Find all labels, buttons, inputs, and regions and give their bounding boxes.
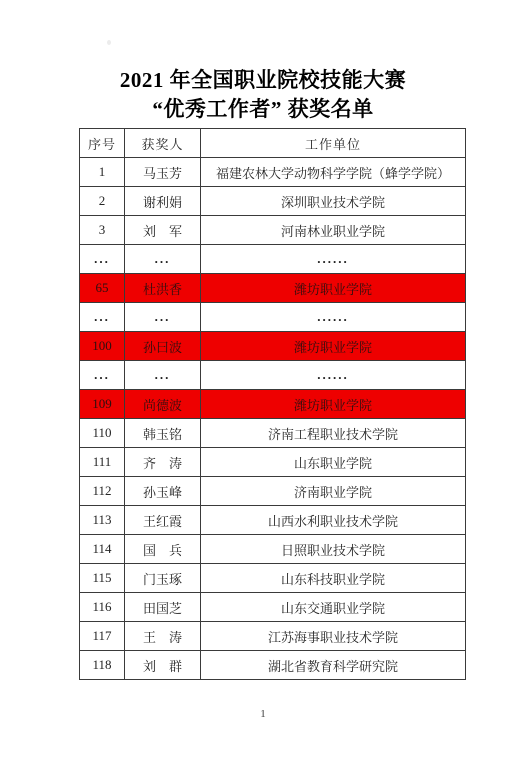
cell-winner-name: 孙曰波 — [125, 332, 201, 361]
cell-serial-number: 118 — [80, 651, 125, 680]
title-line-1: 2021 年全国职业院校技能大赛 — [0, 66, 526, 95]
table-row: 2谢利娟深圳职业技术学院 — [80, 187, 466, 216]
cell-winner-name: 国 兵 — [125, 535, 201, 564]
cell-work-unit: 山西水利职业技术学院 — [201, 506, 466, 535]
cell-winner-name: 孙玉峰 — [125, 477, 201, 506]
table-row: 117王 涛江苏海事职业技术学院 — [80, 622, 466, 651]
cell-winner-name: 王 涛 — [125, 622, 201, 651]
table-row: ............ — [80, 303, 466, 332]
cell-winner-name: 谢利娟 — [125, 187, 201, 216]
cell-work-unit: 潍坊职业学院 — [201, 274, 466, 303]
table-row: 110韩玉铭济南工程职业技术学院 — [80, 419, 466, 448]
cell-work-unit: ...... — [201, 361, 466, 390]
cell-winner-name: 门玉琢 — [125, 564, 201, 593]
cell-work-unit: 济南工程职业技术学院 — [201, 419, 466, 448]
table-row: 116田国芝山东交通职业学院 — [80, 593, 466, 622]
cell-serial-number: ... — [80, 361, 125, 390]
page-number: 1 — [0, 708, 526, 720]
header-serial-number: 序号 — [80, 129, 125, 158]
table-row: 111齐 涛山东职业学院 — [80, 448, 466, 477]
cell-work-unit: ...... — [201, 303, 466, 332]
cell-winner-name: ... — [125, 361, 201, 390]
cell-work-unit: 潍坊职业学院 — [201, 390, 466, 419]
table-row: 114国 兵日照职业技术学院 — [80, 535, 466, 564]
cell-serial-number: 65 — [80, 274, 125, 303]
cell-winner-name: 尚德波 — [125, 390, 201, 419]
cell-serial-number: 116 — [80, 593, 125, 622]
cell-work-unit: 山东职业学院 — [201, 448, 466, 477]
cell-winner-name: 田国芝 — [125, 593, 201, 622]
table-row: 65杜洪香潍坊职业学院 — [80, 274, 466, 303]
cell-serial-number: 109 — [80, 390, 125, 419]
cell-winner-name: 刘 军 — [125, 216, 201, 245]
cell-work-unit: 江苏海事职业技术学院 — [201, 622, 466, 651]
cell-serial-number: 3 — [80, 216, 125, 245]
award-table-body: 1马玉芳福建农林大学动物科学学院（蜂学学院）2谢利娟深圳职业技术学院3刘 军河南… — [80, 158, 466, 680]
document-page: 2021 年全国职业院校技能大赛 “优秀工作者” 获奖名单 序号 获奖人 工作单… — [0, 0, 526, 768]
cell-winner-name: 马玉芳 — [125, 158, 201, 187]
cell-work-unit: ...... — [201, 245, 466, 274]
cell-work-unit: 河南林业职业学院 — [201, 216, 466, 245]
cell-work-unit: 山东交通职业学院 — [201, 593, 466, 622]
cell-winner-name: 齐 涛 — [125, 448, 201, 477]
cell-winner-name: 王红霞 — [125, 506, 201, 535]
cell-winner-name: ... — [125, 303, 201, 332]
cell-serial-number: 2 — [80, 187, 125, 216]
cell-serial-number: 100 — [80, 332, 125, 361]
table-row: 112孙玉峰济南职业学院 — [80, 477, 466, 506]
title-line-2: “优秀工作者” 获奖名单 — [0, 95, 526, 124]
cell-winner-name: 刘 群 — [125, 651, 201, 680]
cell-serial-number: 114 — [80, 535, 125, 564]
table-row: 100孙曰波潍坊职业学院 — [80, 332, 466, 361]
header-work-unit: 工作单位 — [201, 129, 466, 158]
cell-serial-number: ... — [80, 245, 125, 274]
table-row: 113王红霞山西水利职业技术学院 — [80, 506, 466, 535]
header-winner-name: 获奖人 — [125, 129, 201, 158]
table-row: ............ — [80, 361, 466, 390]
table-row: 1马玉芳福建农林大学动物科学学院（蜂学学院） — [80, 158, 466, 187]
cell-serial-number: ... — [80, 303, 125, 332]
table-row: ............ — [80, 245, 466, 274]
table-header-row: 序号 获奖人 工作单位 — [80, 129, 466, 158]
cell-work-unit: 潍坊职业学院 — [201, 332, 466, 361]
cell-serial-number: 111 — [80, 448, 125, 477]
cell-work-unit: 日照职业技术学院 — [201, 535, 466, 564]
cell-serial-number: 113 — [80, 506, 125, 535]
award-winners-table: 序号 获奖人 工作单位 1马玉芳福建农林大学动物科学学院（蜂学学院）2谢利娟深圳… — [79, 128, 466, 680]
cell-winner-name: ... — [125, 245, 201, 274]
cell-work-unit: 福建农林大学动物科学学院（蜂学学院） — [201, 158, 466, 187]
cell-serial-number: 112 — [80, 477, 125, 506]
table-row: 3刘 军河南林业职业学院 — [80, 216, 466, 245]
cell-winner-name: 韩玉铭 — [125, 419, 201, 448]
cell-work-unit: 山东科技职业学院 — [201, 564, 466, 593]
cell-work-unit: 深圳职业技术学院 — [201, 187, 466, 216]
table-row: 118刘 群湖北省教育科学研究院 — [80, 651, 466, 680]
document-title: 2021 年全国职业院校技能大赛 “优秀工作者” 获奖名单 — [0, 66, 526, 124]
cell-work-unit: 济南职业学院 — [201, 477, 466, 506]
cell-serial-number: 110 — [80, 419, 125, 448]
cell-work-unit: 湖北省教育科学研究院 — [201, 651, 466, 680]
scan-artifact — [107, 40, 111, 45]
cell-serial-number: 117 — [80, 622, 125, 651]
cell-serial-number: 115 — [80, 564, 125, 593]
cell-winner-name: 杜洪香 — [125, 274, 201, 303]
cell-serial-number: 1 — [80, 158, 125, 187]
table-row: 115门玉琢山东科技职业学院 — [80, 564, 466, 593]
table-row: 109尚德波潍坊职业学院 — [80, 390, 466, 419]
